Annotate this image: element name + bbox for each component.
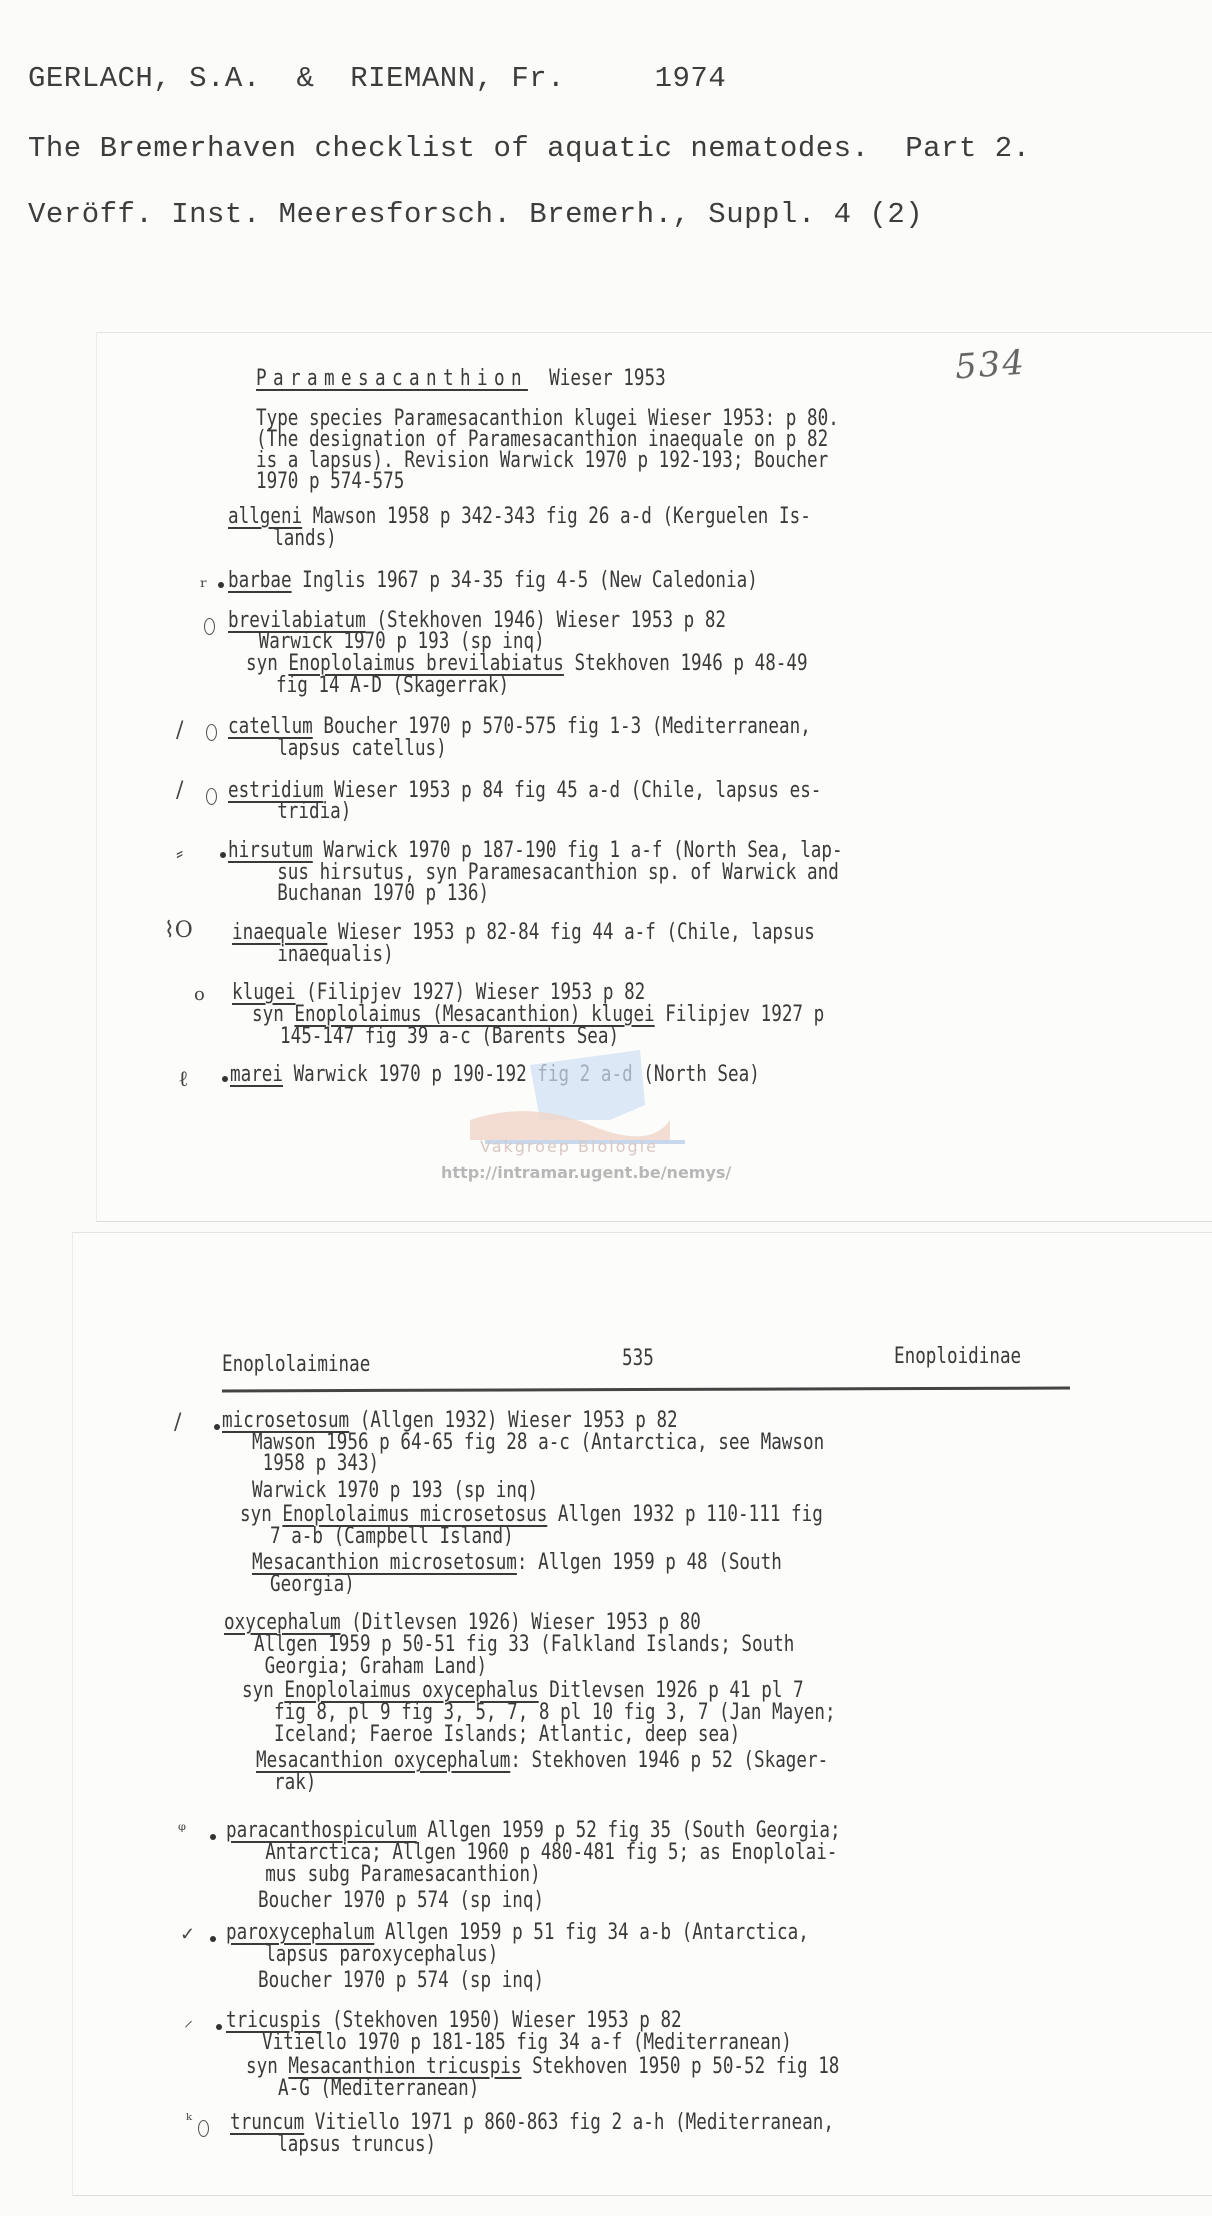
pencil-tick-mark: ᵏ (186, 2110, 192, 2129)
entry-continuation: Antarctica; Allgen 1960 p 480-481 fig 5;… (244, 1842, 837, 1864)
genus-heading: Paramesacanthion Wieser 1953 (256, 368, 666, 390)
entry-continuation: Boucher 1970 p 574 (sp inq) (258, 1970, 544, 1992)
bullet-dot-mark (216, 2024, 222, 2030)
entry-continuation: rak) (274, 1772, 316, 1794)
page-number: 535 (622, 1346, 654, 1371)
species-entry-klugei: klugei (Filipjev 1927) Wieser 1953 p 82 (232, 982, 645, 1004)
bullet-dot-mark (214, 1424, 220, 1430)
species-entry-truncum: truncum Vitiello 1971 p 860-863 fig 2 a-… (230, 2112, 834, 2134)
citation-journal: Veröff. Inst. Meeresforsch. Bremerh., Su… (28, 198, 923, 231)
entry-continuation: tridia) (256, 801, 351, 823)
citation-year: 1974 (655, 62, 727, 95)
pencil-tick-mark: / (176, 718, 183, 743)
pencil-tick-mark: ⸗ (176, 840, 183, 866)
entry-continuation: Boucher 1970 p 574 (sp inq) (258, 1890, 544, 1912)
circle-mark (206, 788, 217, 805)
citation-authors: GERLACH, S.A. & RIEMANN, Fr. (28, 62, 565, 95)
pencil-tick-mark: ℓ (178, 1066, 189, 1092)
species-entry-oxycephalum: oxycephalum (Ditlevsen 1926) Wieser 1953… (224, 1612, 701, 1634)
entry-continuation: fig 14 A-D (Skagerrak) (276, 675, 509, 697)
circle-mark: o (194, 984, 205, 1005)
entry-continuation: Allgen 1959 p 50-51 fig 33 (Falkland Isl… (254, 1634, 794, 1656)
entry-continuation: fig 8, pl 9 fig 3, 5, 7, 8 pl 10 fig 3, … (274, 1702, 836, 1724)
entry-continuation: Iceland; Faeroe Islands; Atlantic, deep … (274, 1724, 740, 1746)
circle-mark (206, 724, 217, 741)
synonym-line: syn Enoplolaimus brevilabiatus Stekhoven… (246, 653, 808, 675)
citation-authors-line: GERLACH, S.A. & RIEMANN, Fr. 1974 (28, 62, 726, 95)
species-entry-microsetosum: microsetosum (Allgen 1932) Wieser 1953 p… (222, 1410, 678, 1432)
synonym-line: syn Mesacanthion tricuspis Stekhoven 195… (246, 2056, 839, 2078)
entry-continuation: lands) (252, 528, 337, 550)
watermark-label: Vakgroep Biologie (480, 1137, 658, 1156)
bullet-dot-mark (218, 582, 224, 588)
species-entry-tricuspis: tricuspis (Stekhoven 1950) Wieser 1953 p… (226, 2010, 682, 2032)
genus-name: Paramesacanthion (256, 366, 528, 391)
pencil-tick-mark: ⸝ (184, 2008, 193, 2032)
entry-continuation: inaequalis) (256, 944, 394, 966)
subfamily-left-header: Enoplolaiminae (222, 1352, 370, 1377)
entry-continuation: Georgia) (270, 1574, 355, 1596)
bullet-dot-mark (220, 852, 226, 858)
entry-continuation: A-G (Mediterranean) (278, 2078, 479, 2100)
species-entry-allgeni: allgeni Mawson 1958 p 342-343 fig 26 a-d… (228, 506, 811, 528)
circle-mark (198, 2120, 209, 2137)
watermark-url: http://intramar.ugent.be/nemys/ (441, 1163, 731, 1182)
synonym-line: syn Enoplolaimus oxycephalus Ditlevsen 1… (242, 1680, 804, 1702)
bullet-dot-mark (222, 1076, 228, 1082)
species-entry-hirsutum: hirsutum Warwick 1970 p 187-190 fig 1 a-… (228, 840, 843, 862)
handwritten-card-number: 534 (954, 343, 1028, 388)
entry-continuation: Warwick 1970 p 193 (sp inq) (252, 1480, 538, 1502)
entry-continuation: Warwick 1970 p 193 (sp inq) (248, 631, 545, 653)
entry-continuation: lapsus truncus) (256, 2134, 436, 2156)
pencil-tick-mark: ᵣ (200, 568, 208, 593)
entry-continuation: Georgia; Graham Land) (254, 1656, 487, 1678)
circle-mark (204, 618, 215, 635)
entry-continuation: 7 a-b (Campbell Island) (270, 1526, 514, 1548)
entry-continuation: lapsus catellus) (256, 738, 447, 760)
citation-title: The Bremerhaven checklist of aquatic nem… (28, 132, 1031, 165)
subfamily-right-header: Enoploidinae (894, 1344, 1021, 1369)
bullet-dot-mark (210, 1936, 216, 1942)
entry-continuation: Vitiello 1970 p 181-185 fig 34 a-f (Medi… (262, 2032, 792, 2054)
species-entry-catellum: catellum Boucher 1970 p 570-575 fig 1-3 … (228, 716, 811, 738)
species-entry-inaequale: inaequale Wieser 1953 p 82-84 fig 44 a-f… (232, 922, 815, 944)
species-entry-paracanthospiculum: paracanthospiculum Allgen 1959 p 52 fig … (226, 1820, 841, 1842)
pencil-tick-mark: / (174, 1410, 181, 1435)
entry-continuation: mus subg Paramesacanthion) (244, 1864, 541, 1886)
synonym-line: syn Enoplolaimus (Mesacanthion) klugei F… (252, 1004, 824, 1026)
synonym-line: Mesacanthion microsetosum: Allgen 1959 p… (252, 1552, 782, 1574)
synonym-line: syn Enoplolaimus microsetosus Allgen 193… (240, 1504, 823, 1526)
type-note-4: 1970 p 574-575 (256, 471, 404, 493)
species-name: marei (230, 1062, 283, 1087)
entry-continuation: lapsus paroxycephalus) (244, 1944, 498, 1966)
pencil-tick-mark: / (176, 778, 183, 803)
synonym-line: Mesacanthion oxycephalum: Stekhoven 1946… (256, 1750, 828, 1772)
pencil-check-mark: ✓ (180, 1924, 195, 1945)
pencil-no-mark: ⌇O (164, 918, 193, 943)
pencil-tick-mark: ᵠ (178, 1820, 186, 1841)
species-name: barbae (228, 568, 292, 593)
species-entry-paroxycephalum: paroxycephalum Allgen 1959 p 51 fig 34 a… (226, 1922, 809, 1944)
bullet-dot-mark (210, 1834, 216, 1840)
species-entry-barbae: barbae Inglis 1967 p 34-35 fig 4-5 (New … (228, 570, 758, 592)
entry-continuation: 145-147 fig 39 a-c (Barents Sea) (280, 1026, 619, 1048)
genus-author: Wieser 1953 (549, 366, 666, 391)
entry-continuation: 1958 p 343) (252, 1453, 379, 1475)
entry-continuation: Buchanan 1970 p 136) (256, 883, 489, 905)
